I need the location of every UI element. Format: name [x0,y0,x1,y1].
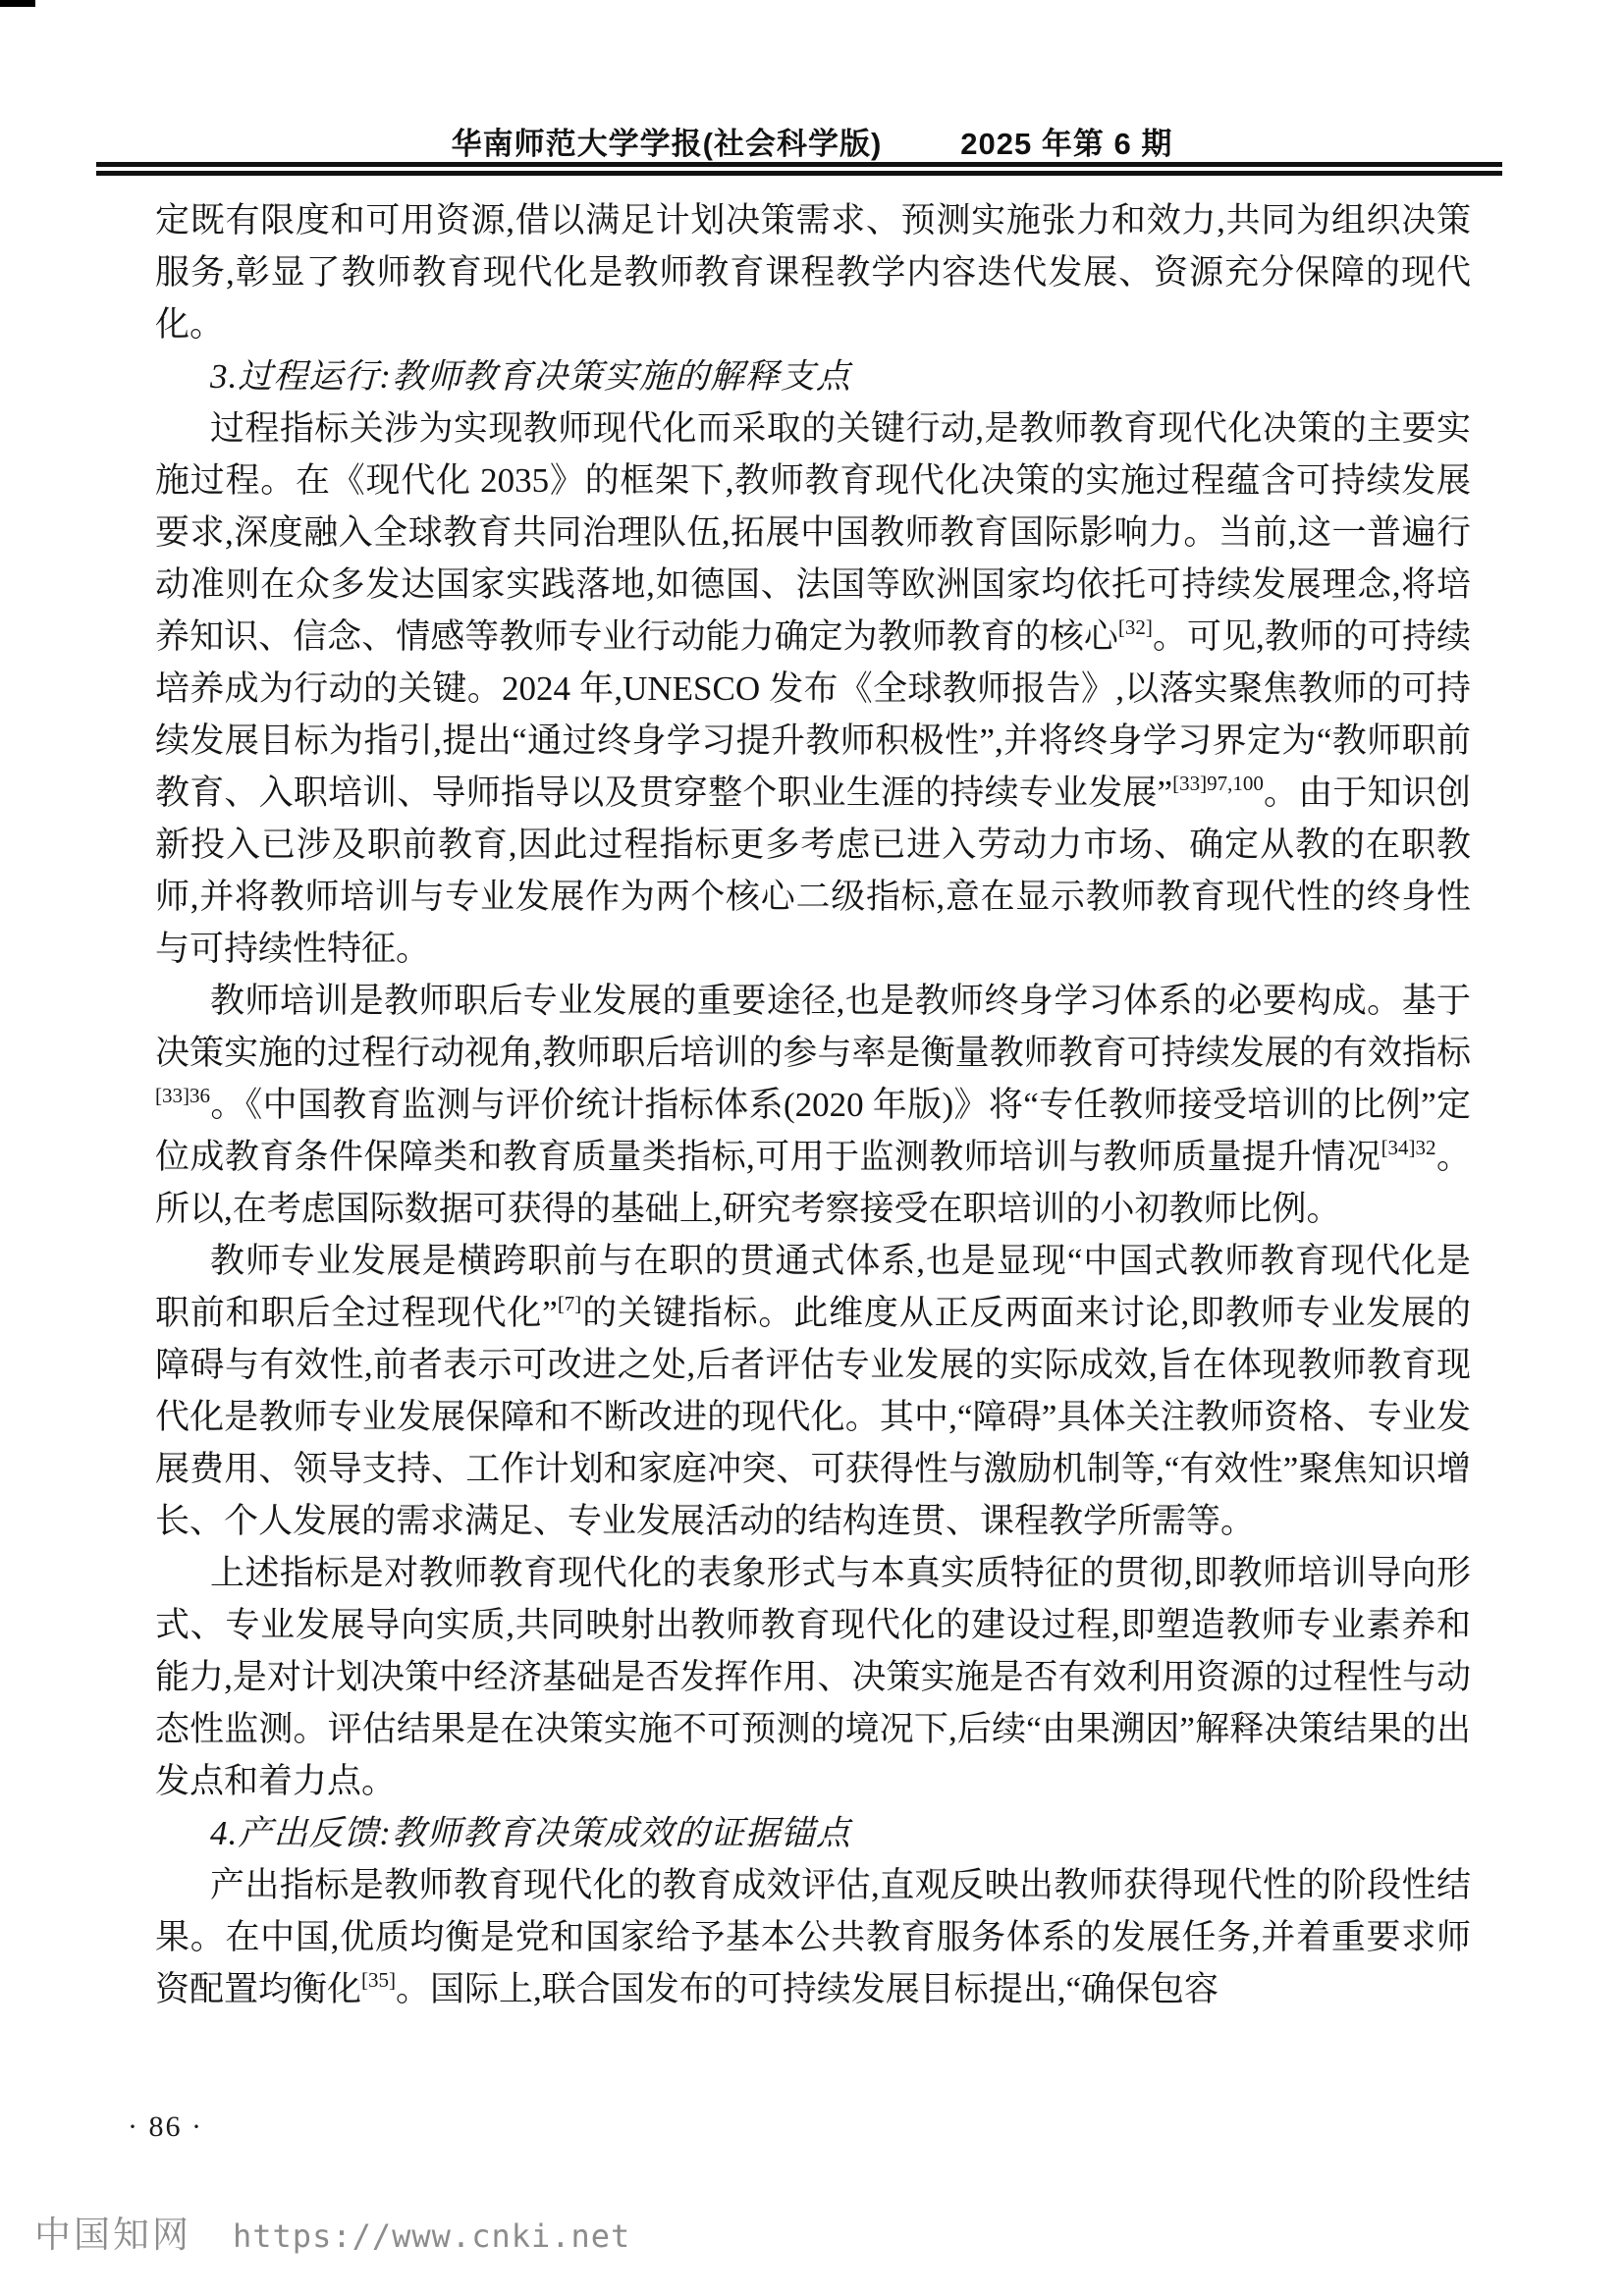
citation-superscript: [34]32 [1381,1136,1436,1159]
journal-title: 华南师范大学学报(社会科学版) [452,119,883,163]
citation-superscript: [33]97,100 [1172,772,1264,795]
section-heading: 4.产出反馈:教师教育决策成效的证据锚点 [155,1807,1471,1859]
paragraph: 上述指标是对教师教育现代化的表象形式与本真实质特征的贯彻,即教师培训导向形式、专… [155,1547,1471,1807]
citation-superscript: [7] [558,1292,582,1315]
watermark-url: https://www.cnki.net [233,2217,630,2255]
citation-superscript: [33]36 [155,1084,210,1107]
issue-label: 2025 年第 6 期 [960,119,1172,163]
journal-page: 华南师范大学学报(社会科学版) 2025 年第 6 期 定既有限度和可用资源,借… [0,0,1624,2296]
citation-superscript: [35] [361,1968,396,1992]
watermark-site-name: 中国知网 [34,2205,191,2258]
section-heading: 3.过程运行:教师教育决策实施的解释支点 [155,350,1471,402]
page-number: · 86 · [128,2110,203,2144]
paragraph: 教师专业发展是横跨职前与在职的贯通式体系,也是显现“中国式教师教育现代化是职前和… [155,1235,1471,1547]
paragraph: 教师培训是教师职后专业发展的重要途径,也是教师终身学习体系的必要构成。基于决策实… [155,975,1471,1235]
citation-superscript: [32] [1118,615,1153,639]
scan-artifact [0,0,35,7]
page-header: 华南师范大学学报(社会科学版) 2025 年第 6 期 [0,119,1624,163]
paragraph: 产出指标是教师教育现代化的教育成效评估,直观反映出教师获得现代性的阶段性结果。在… [155,1859,1471,2015]
article-body: 定既有限度和可用资源,借以满足计划决策需求、预测实施张力和效力,共同为组织决策服… [155,194,1471,2015]
paragraph: 定既有限度和可用资源,借以满足计划决策需求、预测实施张力和效力,共同为组织决策服… [155,194,1471,350]
watermark: 中国知网 https://www.cnki.net [34,2205,630,2258]
paragraph: 过程指标关涉为实现教师现代化而采取的关键行动,是教师教育现代化决策的主要实施过程… [155,402,1471,975]
header-divider [96,162,1502,176]
